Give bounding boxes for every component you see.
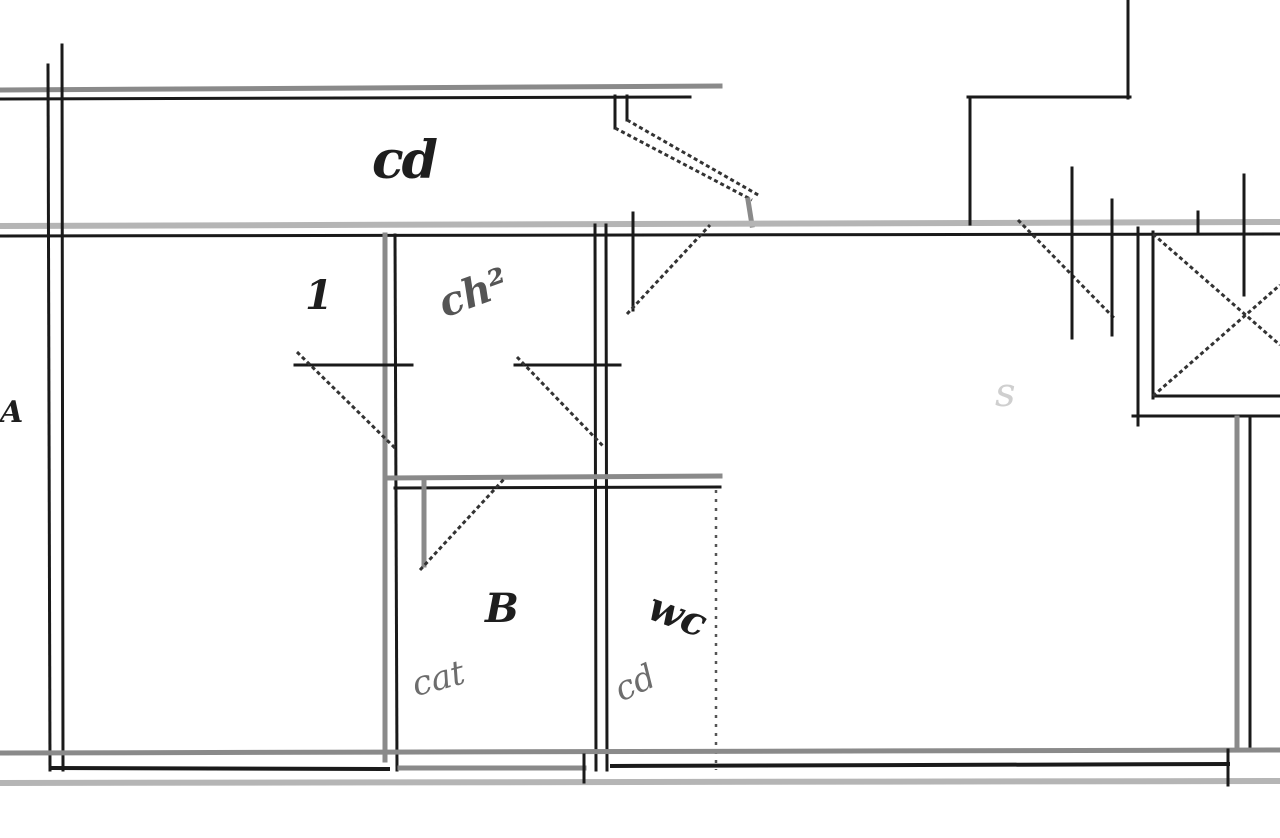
door-room-2 [515,357,620,446]
door-corridor [627,213,710,314]
door-bathroom [420,478,505,570]
wall-room2-living [595,225,607,770]
top-outer-wall [0,86,720,99]
door-living [1018,168,1198,338]
left-wall [48,45,63,770]
label-corridor: cd [372,130,436,191]
main-wall [0,222,1280,236]
label-margin-left: A [0,395,23,430]
right-wall [1237,418,1250,748]
floor-plan [0,0,1280,838]
label-living: s [995,370,1016,416]
label-bathroom: B [485,585,519,632]
wall-room1-room2 [385,235,397,770]
stair-shaft [1133,175,1280,425]
bottom-wall [0,750,1280,785]
wall-bath-top [388,476,720,488]
balcony-railing [615,96,760,225]
top-right-notch [968,0,1130,224]
label-room-1: 1 [305,272,333,319]
